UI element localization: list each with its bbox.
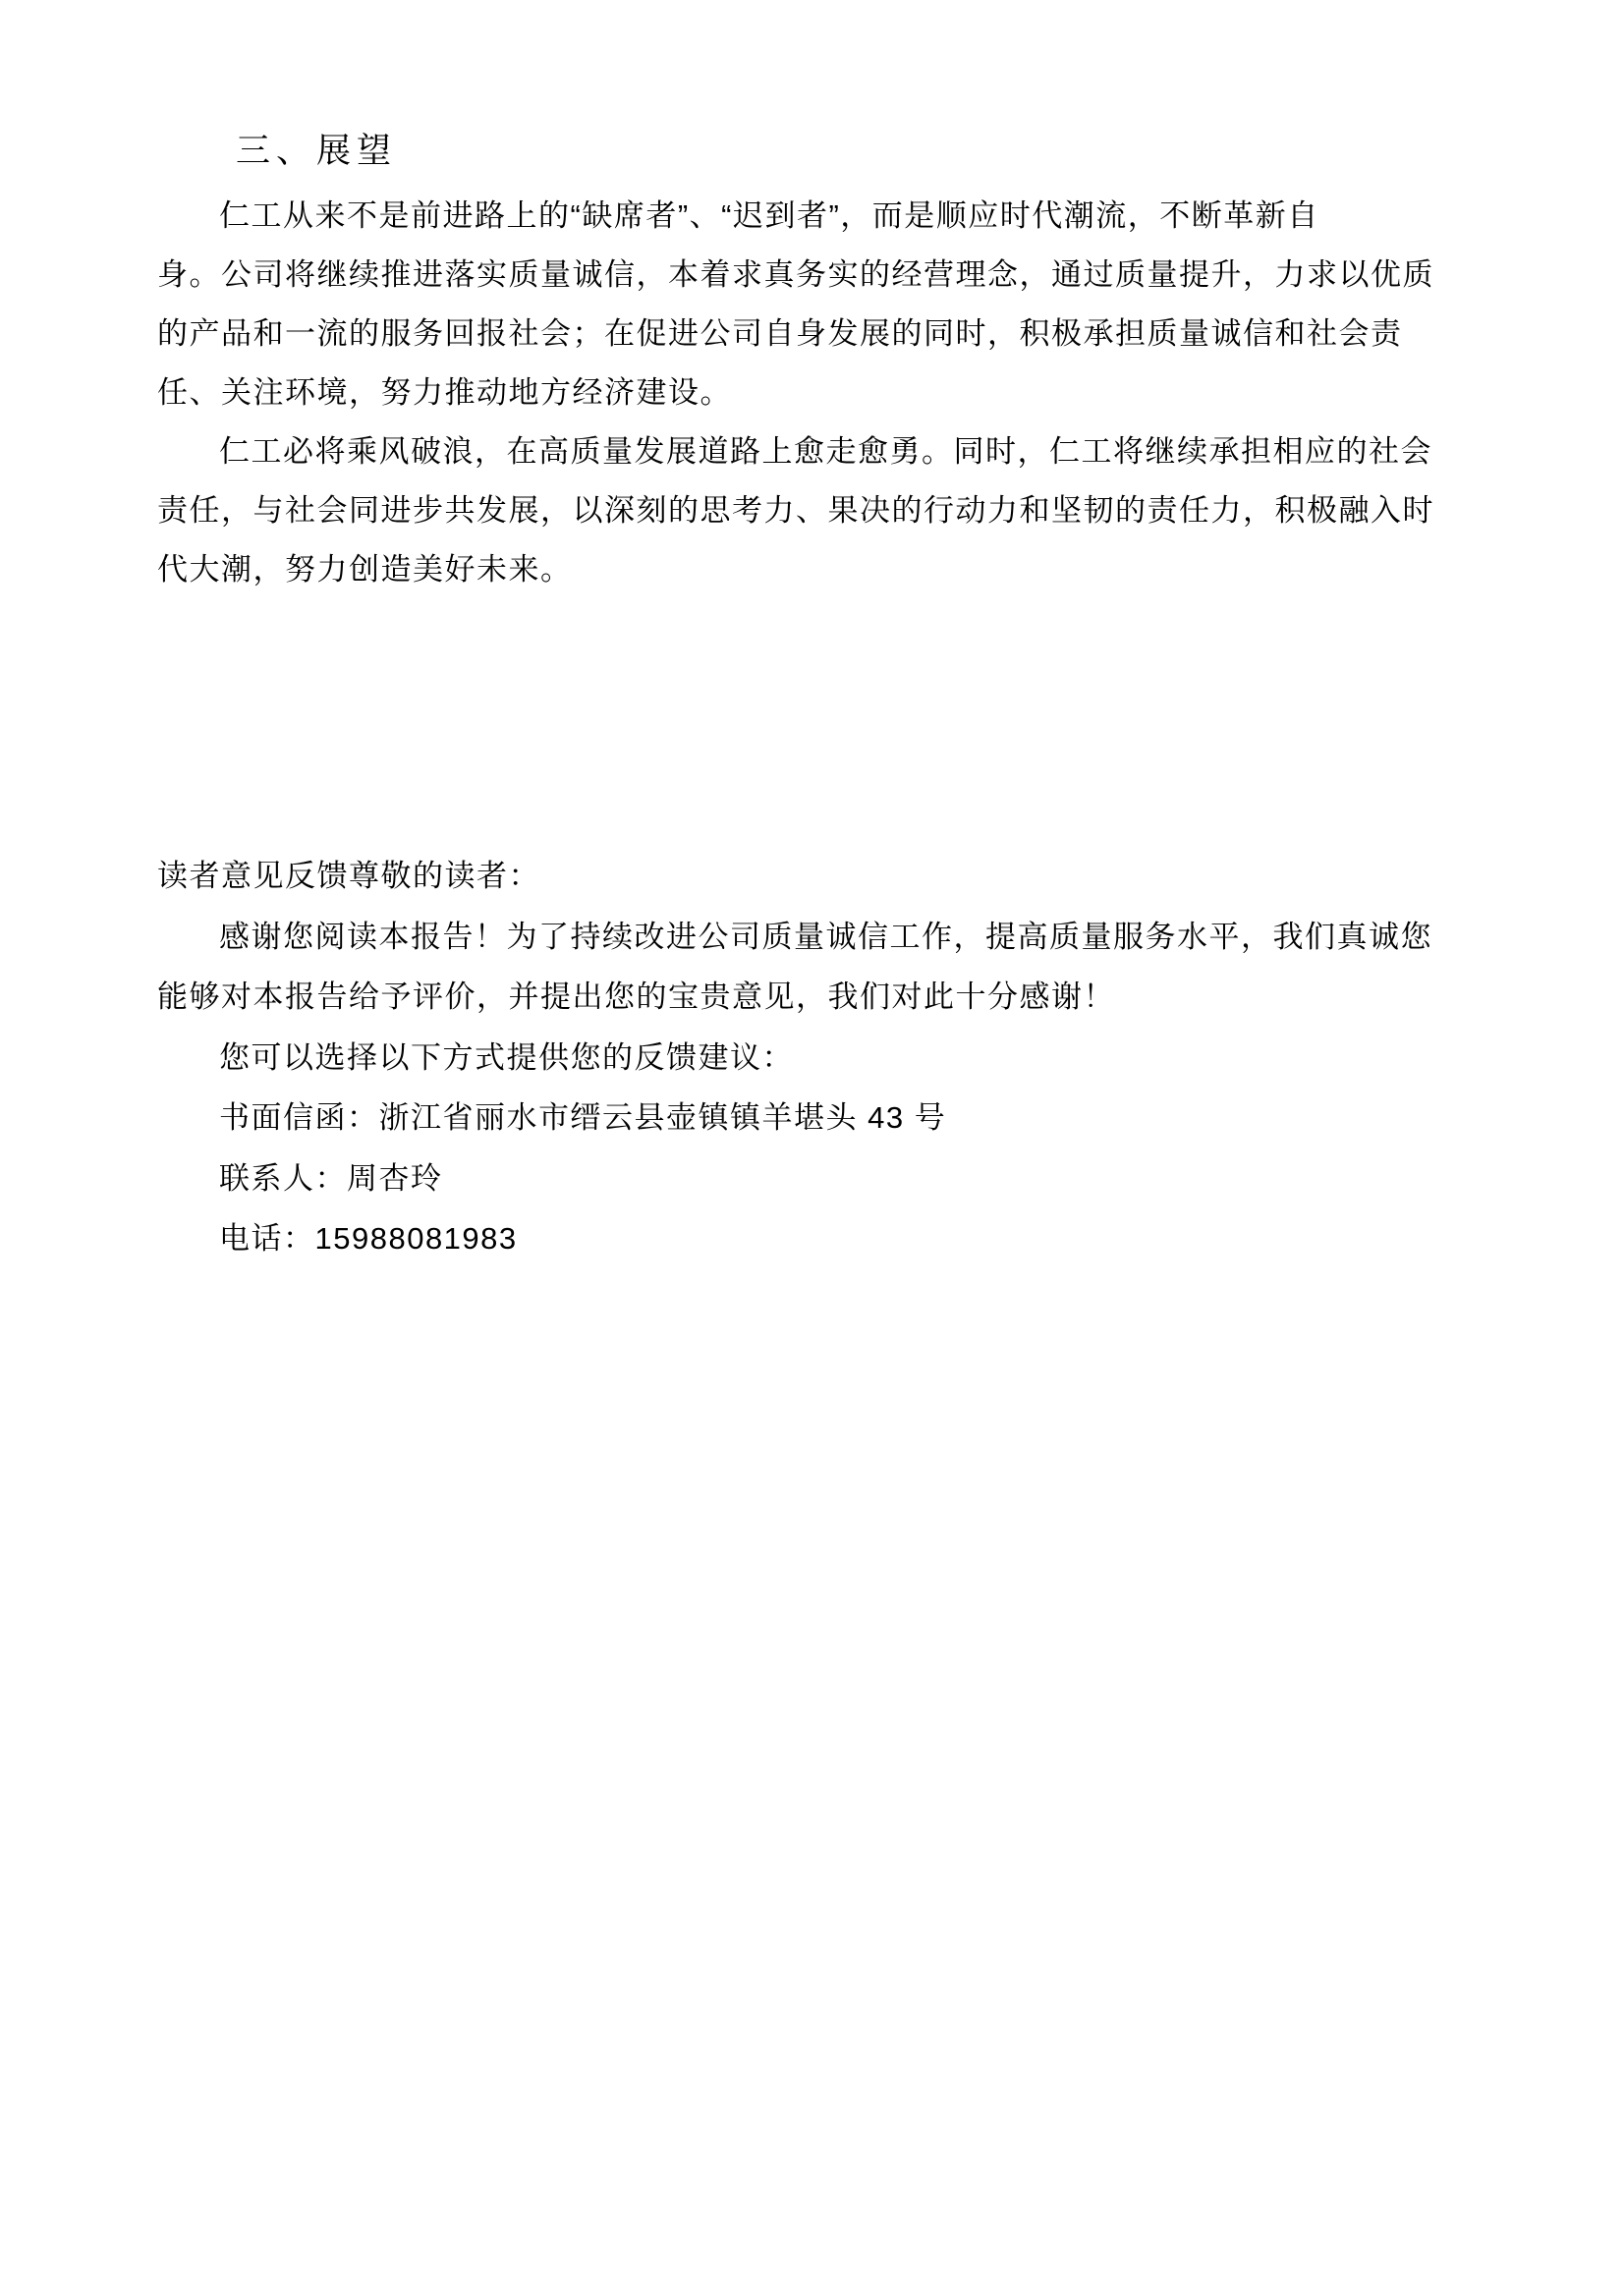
document-page: 三、展望 仁工从来不是前进路上的“缺席者”、“迟到者”，而是顺应时代潮流，不断革… — [0, 0, 1624, 2295]
text-line: 责任，与社会同进步共发展，以深刻的思考力、果决的行动力和坚韧的责任力，积极融入时 — [157, 481, 1479, 540]
text-line: 联系人：周杏玲 — [157, 1148, 1479, 1209]
text-line: 您可以选择以下方式提供您的反馈建议： — [157, 1028, 1479, 1089]
text-line: 书面信函：浙江省丽水市缙云县壶镇镇羊堪头 43 号 — [157, 1088, 1479, 1148]
text-line: 仁工必将乘风破浪，在高质量发展道路上愈走愈勇。同时，仁工将继续承担相应的社会 — [157, 422, 1479, 481]
text-line: 电话：15988081983 — [157, 1208, 1479, 1269]
text-line: 感谢您阅读本报告！为了持续改进公司质量诚信工作，提高质量服务水平，我们真诚您 — [157, 907, 1479, 968]
text-line: 能够对本报告给予评价，并提出您的宝贵意见，我们对此十分感谢！ — [157, 967, 1479, 1028]
text-line: 读者意见反馈尊敬的读者： — [157, 846, 1479, 907]
text-line: 任、关注环境，努力推动地方经济建设。 — [157, 364, 1479, 422]
outlook-paragraphs: 仁工从来不是前进路上的“缺席者”、“迟到者”，而是顺应时代潮流，不断革新自身。公… — [157, 187, 1479, 599]
text-line: 的产品和一流的服务回报社会；在促进公司自身发展的同时，积极承担质量诚信和社会责 — [157, 305, 1479, 364]
text-line: 代大潮，努力创造美好未来。 — [157, 540, 1479, 599]
reader-feedback-section: 读者意见反馈尊敬的读者：感谢您阅读本报告！为了持续改进公司质量诚信工作，提高质量… — [157, 846, 1479, 1269]
section-heading: 三、展望 — [236, 129, 397, 174]
text-line: 仁工从来不是前进路上的“缺席者”、“迟到者”，而是顺应时代潮流，不断革新自 — [157, 187, 1479, 246]
text-line: 身。公司将继续推进落实质量诚信，本着求真务实的经营理念，通过质量提升，力求以优质 — [157, 246, 1479, 305]
